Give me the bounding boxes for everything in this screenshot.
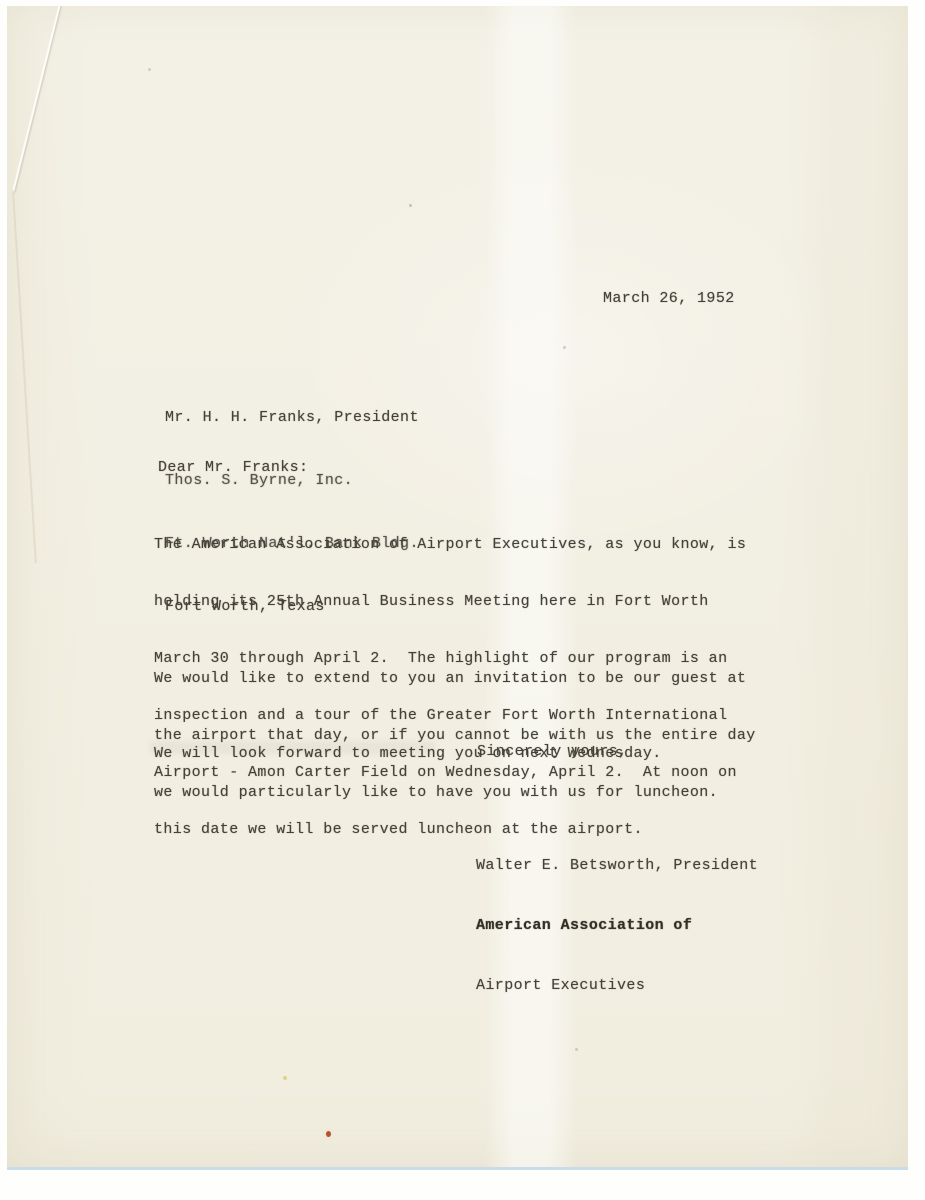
date-line: March 26, 1952 xyxy=(603,289,735,308)
paper-speck xyxy=(409,204,412,207)
salutation: Dear Mr. Franks: xyxy=(158,458,308,477)
paper-speck xyxy=(563,346,566,349)
fold-crease xyxy=(12,6,60,193)
signature-org-line-2: Airport Executives xyxy=(476,976,758,996)
recipient-name-line: Mr. H. H. Franks, President xyxy=(165,407,419,428)
signature-name-line: Walter E. Betsworth, President xyxy=(476,856,758,876)
signature-block: Walter E. Betsworth, President American … xyxy=(476,816,758,1036)
paper-sheet: March 26, 1952 Mr. H. H. Franks, Preside… xyxy=(7,6,908,1170)
paper-speck xyxy=(283,1076,287,1080)
body-line: The American Association of Airport Exec… xyxy=(154,535,746,554)
body-line: holding its 25th Annual Business Meeting… xyxy=(154,592,746,611)
scanner-dark-band xyxy=(777,6,897,1167)
body-line: We would like to extend to you an invita… xyxy=(154,669,756,688)
paper-speck xyxy=(148,68,151,71)
red-speck xyxy=(326,1131,331,1137)
fold-crease-lower xyxy=(12,190,36,563)
paper-speck xyxy=(575,1048,578,1051)
closing: Sincerely yours, xyxy=(477,742,627,761)
scanned-letter-page: March 26, 1952 Mr. H. H. Franks, Preside… xyxy=(0,0,925,1200)
signature-org-line: American Association of xyxy=(476,916,758,936)
